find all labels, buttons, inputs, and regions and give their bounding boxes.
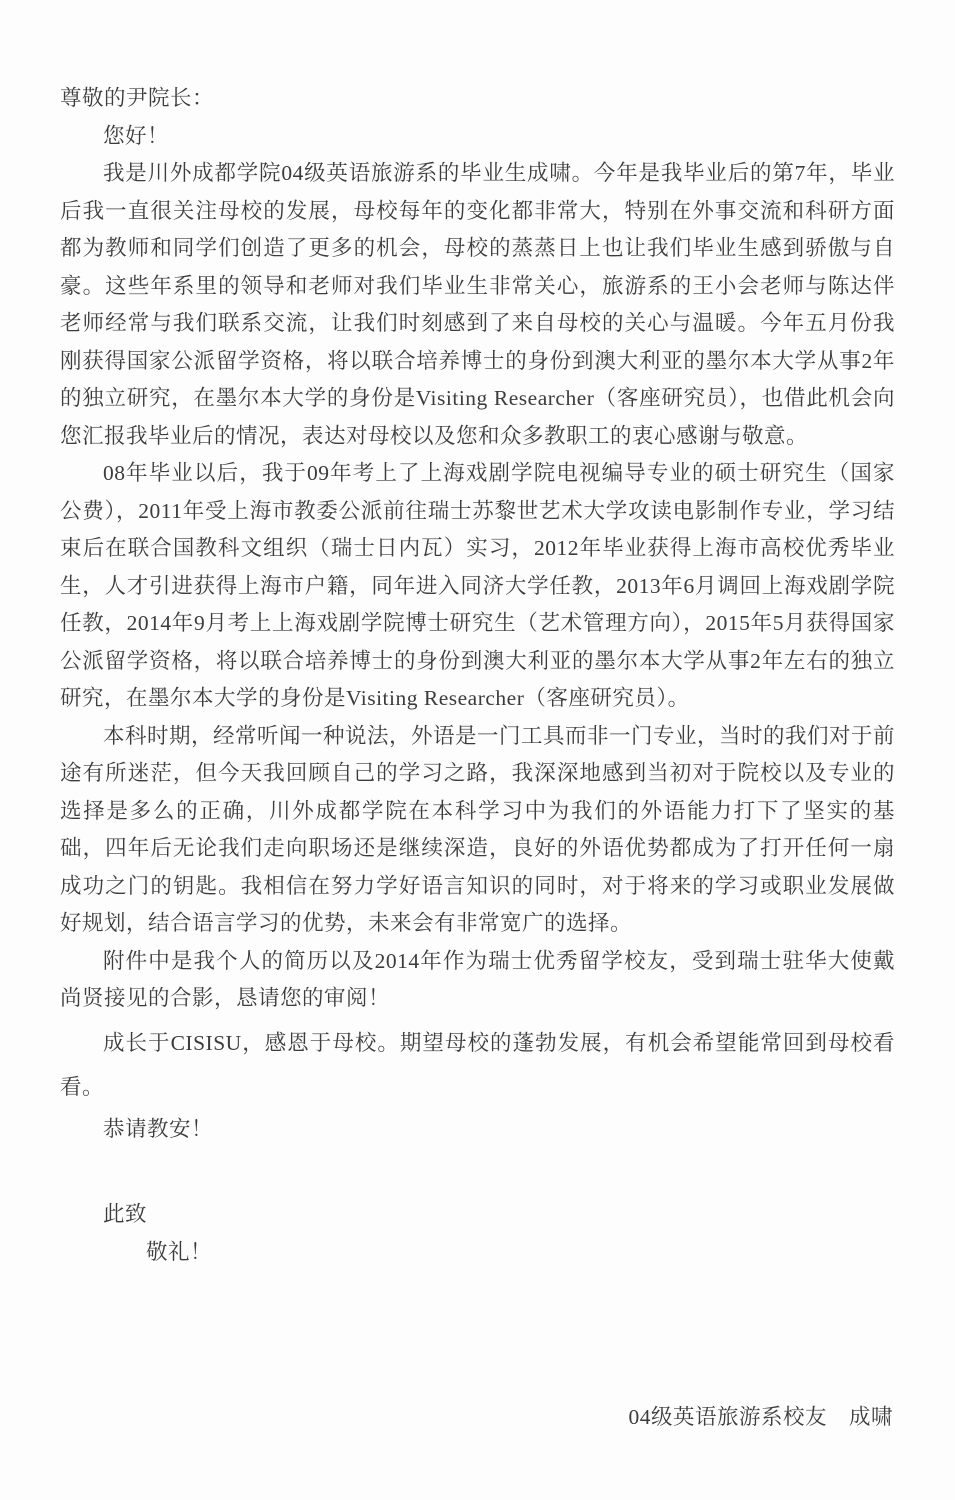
signature-line: 04级英语旅游系校友 成啸 [60, 1399, 895, 1437]
salutation-line: 尊敬的尹院长： [60, 80, 895, 118]
paragraph-attachment: 附件中是我个人的简历以及2014年作为瑞士优秀留学校友，受到瑞士驻华大使戴尚贤接… [60, 943, 895, 1018]
closing-cizhi-line: 此致 [60, 1196, 895, 1234]
greeting-line: 您好！ [60, 118, 895, 156]
paragraph-reflection: 本科时期，经常听闻一种说法，外语是一门工具而非一门专业，当时的我们对于前途有所迷… [60, 718, 895, 943]
letter-document: 尊敬的尹院长： 您好！ 我是川外成都学院04级英语旅游系的毕业生成啸。今年是我毕… [0, 0, 955, 1500]
closing-jingli-line: 敬礼！ [60, 1234, 895, 1272]
paragraph-regards: 恭请教安！ [60, 1111, 895, 1149]
paragraph-introduction: 我是川外成都学院04级英语旅游系的毕业生成啸。今年是我毕业后的第7年，毕业后我一… [60, 155, 895, 455]
paragraph-career-history: 08年毕业以后，我于09年考上了上海戏剧学院电视编导专业的硕士研究生（国家公费）… [60, 455, 895, 718]
paragraph-gratitude: 成长于CISISU，感恩于母校。期望母校的蓬勃发展，有机会希望能常回到母校看看。 [60, 1021, 895, 1109]
